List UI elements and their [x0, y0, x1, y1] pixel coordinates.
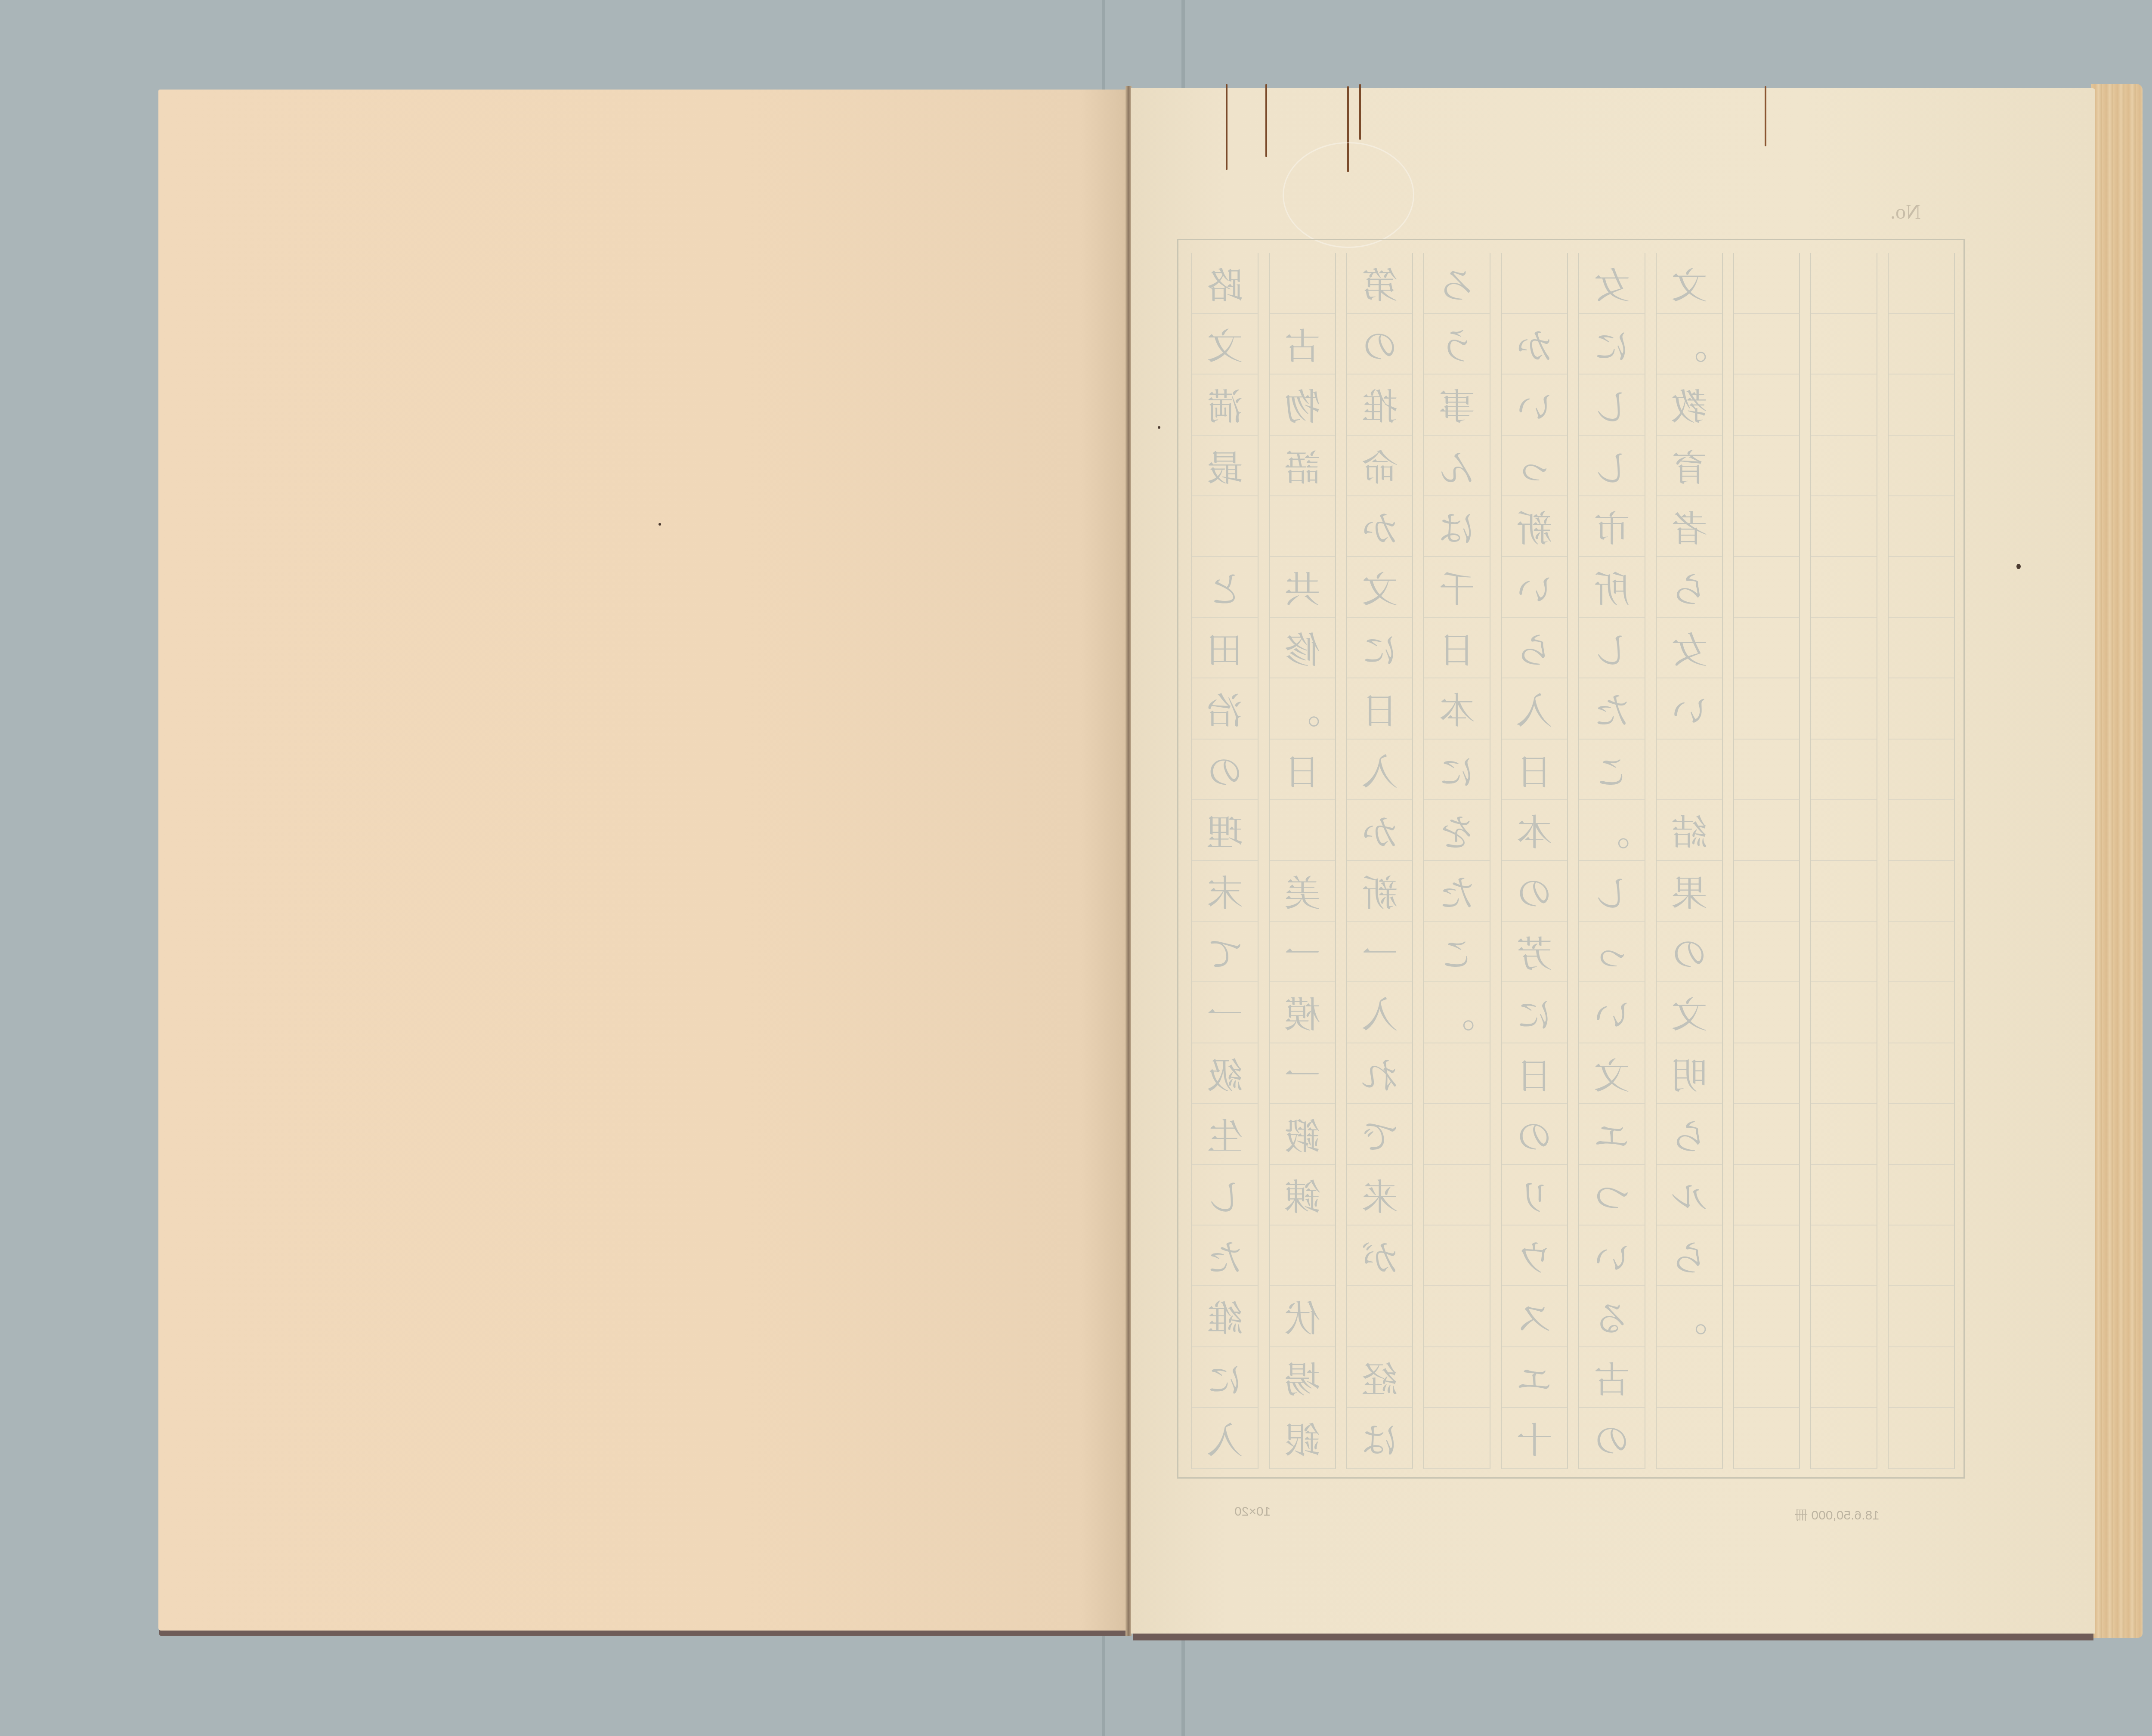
grid-cell: 伏: [1270, 1286, 1335, 1347]
grid-cell: [1811, 1408, 1877, 1469]
grid-column: 路文満最と田治の理末て一級生した維に入: [1191, 253, 1258, 1469]
grid-cell: ら: [1502, 618, 1567, 678]
print-run-label: 18.6.50,000 冊: [1795, 1504, 1880, 1523]
grid-cell: [1889, 436, 1954, 496]
tear-mark: [1226, 84, 1228, 170]
grid-format-label: 10×20: [1234, 1504, 1271, 1519]
grid-cell: 所: [1579, 557, 1645, 618]
grid-cell: 入: [1347, 982, 1413, 1043]
book-gutter: [1125, 86, 1132, 1636]
grid-cell: ら: [1657, 1225, 1722, 1286]
grid-cell: ら: [1657, 1104, 1722, 1165]
grid-cell: [1889, 922, 1954, 982]
paper-speck: [2016, 564, 2021, 569]
grid-cell: 。: [1657, 1286, 1722, 1347]
grid-column: [1733, 253, 1800, 1469]
grid-cell: の: [1657, 922, 1722, 982]
grid-cell: 古: [1579, 1347, 1645, 1408]
grid-cell: [1734, 800, 1800, 861]
grid-cell: 。: [1270, 678, 1335, 739]
page-number-label: No.: [1890, 200, 1921, 224]
grid-cell: [1811, 557, 1877, 618]
grid-column: [1888, 253, 1955, 1469]
grid-cell: 模: [1270, 982, 1335, 1043]
grid-cell: た: [1192, 1225, 1258, 1286]
manuscript-grid-columns: 路文満最と田治の理末て一級生した維に入古物語共修。日美一模一鍛錬伏場銀第の推命か…: [1191, 253, 1955, 1469]
grid-cell: [1424, 1104, 1490, 1165]
grid-cell: で: [1347, 1104, 1413, 1165]
grid-cell: ら: [1657, 557, 1722, 618]
grid-cell: [1270, 496, 1335, 557]
grid-cell: [1889, 618, 1954, 678]
grid-cell: と: [1192, 557, 1258, 618]
grid-cell: [1734, 314, 1800, 374]
paper-crease: [1283, 142, 1414, 248]
grid-cell: 事: [1424, 374, 1490, 435]
grid-cell: 場: [1270, 1347, 1335, 1408]
grid-cell: 日: [1270, 740, 1335, 800]
grid-cell: 新: [1502, 496, 1567, 557]
grid-cell: [1811, 1165, 1877, 1225]
grid-cell: 共: [1270, 557, 1335, 618]
grid-cell: [1270, 800, 1335, 861]
grid-cell: か: [1502, 314, 1567, 374]
grid-cell: 一: [1270, 922, 1335, 982]
grid-cell: に: [1579, 314, 1645, 374]
grid-cell: [1734, 374, 1800, 435]
grid-cell: 田: [1192, 618, 1258, 678]
grid-cell: エ: [1502, 1347, 1567, 1408]
grid-cell: 命: [1347, 436, 1413, 496]
grid-cell: の: [1502, 861, 1567, 922]
grid-cell: い: [1657, 678, 1722, 739]
paper-speck: [1158, 426, 1160, 429]
tear-mark: [1265, 84, 1267, 157]
grid-cell: [1734, 982, 1800, 1043]
grid-cell: は: [1347, 1408, 1413, 1469]
grid-cell: っ: [1579, 922, 1645, 982]
page-stack-edge: [2091, 84, 2143, 1638]
grid-cell: [1424, 1408, 1490, 1469]
grid-cell: [1889, 1225, 1954, 1286]
grid-cell: [1889, 1104, 1954, 1165]
grid-cell: つ: [1579, 1165, 1645, 1225]
grid-cell: [1889, 1043, 1954, 1104]
grid-cell: [1424, 1043, 1490, 1104]
grid-cell: [1811, 1043, 1877, 1104]
grid-cell: 十: [1502, 1408, 1567, 1469]
grid-cell: い: [1502, 374, 1567, 435]
grid-cell: 理: [1192, 800, 1258, 861]
grid-cell: [1734, 253, 1800, 314]
grid-cell: の: [1192, 740, 1258, 800]
grid-cell: [1502, 253, 1567, 314]
grid-cell: る: [1579, 1286, 1645, 1347]
grid-cell: 鍛: [1270, 1104, 1335, 1165]
grid-cell: [1811, 496, 1877, 557]
grid-cell: [1424, 1347, 1490, 1408]
grid-cell: 文: [1657, 253, 1722, 314]
grid-cell: [1889, 861, 1954, 922]
grid-cell: 錬: [1270, 1165, 1335, 1225]
grid-cell: 維: [1192, 1286, 1258, 1347]
grid-cell: [1889, 1286, 1954, 1347]
grid-cell: 銀: [1270, 1408, 1335, 1469]
grid-cell: 一: [1347, 922, 1413, 982]
grid-cell: 路: [1192, 253, 1258, 314]
grid-cell: に: [1424, 740, 1490, 800]
grid-cell: 語: [1270, 436, 1335, 496]
grid-cell: [1889, 982, 1954, 1043]
grid-cell: 級: [1192, 1043, 1258, 1104]
grid-cell: 市: [1579, 496, 1645, 557]
grid-cell: 経: [1347, 1347, 1413, 1408]
grid-cell: 推: [1347, 374, 1413, 435]
grid-cell: [1811, 982, 1877, 1043]
grid-cell: し: [1579, 618, 1645, 678]
grid-cell: し: [1579, 436, 1645, 496]
grid-cell: [1811, 800, 1877, 861]
grid-cell: 芳: [1502, 922, 1567, 982]
manuscript-grid: 路文満最と田治の理末て一級生した維に入古物語共修。日美一模一鍛錬伏場銀第の推命か…: [1177, 239, 1965, 1479]
grid-cell: 文: [1347, 557, 1413, 618]
grid-cell: ス: [1502, 1286, 1567, 1347]
grid-column: ろう事んは千日本にをたこ。: [1423, 253, 1490, 1469]
grid-cell: [1889, 678, 1954, 739]
grid-cell: 最: [1192, 436, 1258, 496]
grid-cell: [1657, 740, 1722, 800]
grid-cell: 果: [1657, 861, 1722, 922]
grid-cell: の: [1347, 314, 1413, 374]
tear-mark: [1765, 86, 1766, 146]
grid-cell: [1889, 374, 1954, 435]
grid-column: 女にしし市所したこ。しっい文エついる古の: [1578, 253, 1645, 1469]
grid-cell: 第: [1347, 253, 1413, 314]
grid-cell: た: [1424, 861, 1490, 922]
grid-cell: し: [1192, 1165, 1258, 1225]
grid-cell: 。: [1657, 314, 1722, 374]
grid-cell: ル: [1657, 1165, 1722, 1225]
grid-cell: [1734, 678, 1800, 739]
grid-cell: [1811, 253, 1877, 314]
grid-cell: 物: [1270, 374, 1335, 435]
grid-cell: [1270, 1225, 1335, 1286]
grid-cell: [1889, 1165, 1954, 1225]
grid-cell: [1734, 618, 1800, 678]
grid-cell: 本: [1424, 678, 1490, 739]
grid-cell: て: [1192, 922, 1258, 982]
grid-cell: [1734, 1043, 1800, 1104]
grid-cell: 千: [1424, 557, 1490, 618]
grid-cell: [1889, 253, 1954, 314]
grid-cell: [1811, 922, 1877, 982]
paper-speck: [659, 523, 661, 526]
grid-cell: [1811, 618, 1877, 678]
grid-cell: [1734, 1104, 1800, 1165]
grid-cell: 女: [1579, 253, 1645, 314]
grid-cell: [1424, 1286, 1490, 1347]
grid-cell: 。: [1579, 800, 1645, 861]
grid-cell: [1811, 1225, 1877, 1286]
grid-cell: [1734, 557, 1800, 618]
grid-cell: が: [1347, 1225, 1413, 1286]
grid-cell: 日: [1347, 678, 1413, 739]
grid-cell: 者: [1657, 496, 1722, 557]
grid-cell: 末: [1192, 861, 1258, 922]
grid-column: かいっ新いら入日本の芳に日のリウスエ十: [1501, 253, 1568, 1469]
grid-cell: [1811, 374, 1877, 435]
grid-cell: 一: [1270, 1043, 1335, 1104]
grid-cell: [1889, 1347, 1954, 1408]
grid-cell: 満: [1192, 374, 1258, 435]
grid-cell: [1811, 1347, 1877, 1408]
grid-cell: ろ: [1424, 253, 1490, 314]
grid-cell: [1889, 740, 1954, 800]
grid-cell: 来: [1347, 1165, 1413, 1225]
grid-cell: [1811, 436, 1877, 496]
grid-cell: 日: [1502, 740, 1567, 800]
grid-cell: [1734, 1165, 1800, 1225]
grid-cell: い: [1579, 982, 1645, 1043]
grid-cell: エ: [1579, 1104, 1645, 1165]
grid-cell: 本: [1502, 800, 1567, 861]
grid-column: [1810, 253, 1877, 1469]
grid-cell: 文: [1192, 314, 1258, 374]
grid-cell: [1734, 1408, 1800, 1469]
grid-cell: 入: [1502, 678, 1567, 739]
grid-cell: は: [1424, 496, 1490, 557]
grid-cell: 教: [1657, 374, 1722, 435]
grid-cell: 育: [1657, 436, 1722, 496]
grid-column: 文。教育者ら女い結果の文明らルら。: [1656, 253, 1723, 1469]
grid-cell: 結: [1657, 800, 1722, 861]
grid-cell: う: [1424, 314, 1490, 374]
grid-cell: [1734, 436, 1800, 496]
grid-cell: [1657, 1347, 1722, 1408]
grid-cell: 古: [1270, 314, 1335, 374]
grid-cell: [1424, 1165, 1490, 1225]
grid-cell: 新: [1347, 861, 1413, 922]
grid-cell: 文: [1657, 982, 1722, 1043]
grid-cell: し: [1579, 861, 1645, 922]
grid-cell: [1734, 1225, 1800, 1286]
grid-cell: し: [1579, 374, 1645, 435]
grid-column: 古物語共修。日美一模一鍛錬伏場銀: [1269, 253, 1336, 1469]
grid-cell: [1811, 314, 1877, 374]
grid-cell: 日: [1424, 618, 1490, 678]
grid-cell: っ: [1502, 436, 1567, 496]
grid-cell: [1734, 1347, 1800, 1408]
grid-cell: [1811, 1286, 1877, 1347]
grid-cell: [1734, 861, 1800, 922]
grid-cell: [1811, 861, 1877, 922]
grid-cell: 美: [1270, 861, 1335, 922]
grid-cell: [1734, 922, 1800, 982]
grid-cell: [1811, 1104, 1877, 1165]
grid-cell: の: [1502, 1104, 1567, 1165]
grid-cell: た: [1579, 678, 1645, 739]
grid-cell: [1889, 557, 1954, 618]
grid-cell: 。: [1424, 982, 1490, 1043]
grid-cell: ウ: [1502, 1225, 1567, 1286]
grid-cell: に: [1192, 1347, 1258, 1408]
grid-cell: い: [1502, 557, 1567, 618]
grid-cell: [1270, 253, 1335, 314]
grid-cell: 明: [1657, 1043, 1722, 1104]
grid-cell: [1424, 1225, 1490, 1286]
grid-cell: [1811, 740, 1877, 800]
grid-cell: [1889, 800, 1954, 861]
grid-cell: 女: [1657, 618, 1722, 678]
grid-cell: 日: [1502, 1043, 1567, 1104]
tear-mark: [1359, 84, 1361, 140]
grid-cell: [1192, 496, 1258, 557]
grid-cell: [1347, 1286, 1413, 1347]
grid-cell: こ: [1579, 740, 1645, 800]
grid-cell: リ: [1502, 1165, 1567, 1225]
left-page-blank: [158, 90, 1129, 1631]
grid-cell: [1811, 678, 1877, 739]
grid-cell: か: [1347, 800, 1413, 861]
grid-column: 第の推命か文に日入か新一入れで来が経は: [1346, 253, 1413, 1469]
grid-cell: [1889, 496, 1954, 557]
grid-cell: の: [1579, 1408, 1645, 1469]
grid-cell: [1734, 740, 1800, 800]
grid-cell: 治: [1192, 678, 1258, 739]
grid-cell: 修: [1270, 618, 1335, 678]
grid-cell: に: [1502, 982, 1567, 1043]
grid-cell: 入: [1347, 740, 1413, 800]
grid-cell: を: [1424, 800, 1490, 861]
grid-cell: [1657, 1408, 1722, 1469]
grid-cell: [1734, 496, 1800, 557]
grid-cell: 一: [1192, 982, 1258, 1043]
grid-cell: い: [1579, 1225, 1645, 1286]
grid-cell: 文: [1579, 1043, 1645, 1104]
grid-cell: [1734, 1286, 1800, 1347]
grid-cell: れ: [1347, 1043, 1413, 1104]
grid-cell: か: [1347, 496, 1413, 557]
grid-cell: 入: [1192, 1408, 1258, 1469]
grid-cell: [1889, 1408, 1954, 1469]
grid-cell: [1889, 314, 1954, 374]
grid-cell: ん: [1424, 436, 1490, 496]
grid-cell: に: [1347, 618, 1413, 678]
grid-cell: こ: [1424, 922, 1490, 982]
grid-cell: 生: [1192, 1104, 1258, 1165]
